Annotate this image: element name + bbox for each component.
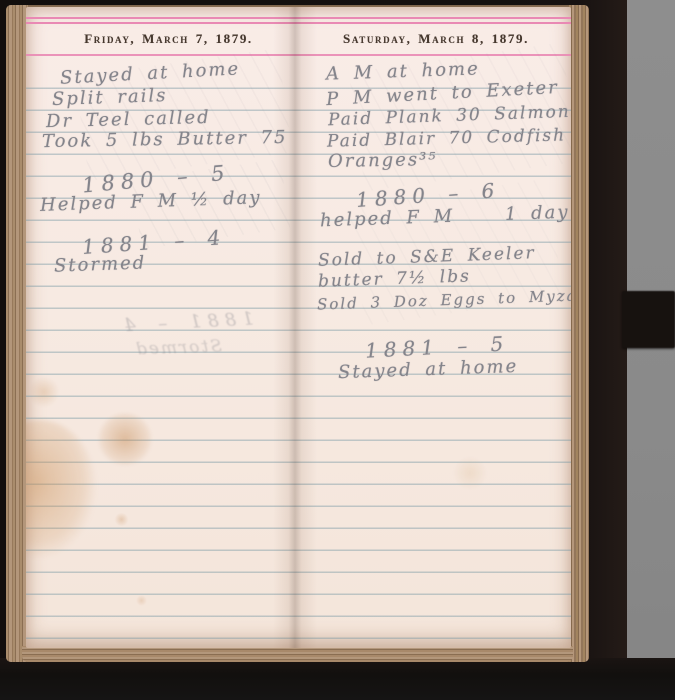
diary-entry-line: Stormed xyxy=(54,252,147,276)
page-edge-left xyxy=(6,5,28,662)
diary-entry-line: Oranges³⁵ xyxy=(328,149,438,172)
page-header-friday: Friday, March 7, 1879. xyxy=(35,31,302,47)
diary-scan: Friday, March 7, 1879. Saturday, March 8… xyxy=(0,0,675,700)
cover-clasp-tab xyxy=(622,291,675,348)
page-edge-bottom xyxy=(22,646,573,662)
open-pages: Friday, March 7, 1879. Saturday, March 8… xyxy=(26,7,571,648)
diary-entry-line: Took 5 lbs Butter 75 xyxy=(42,127,288,152)
book-cover-bottom xyxy=(0,658,675,700)
bleedthrough-text: Stormed xyxy=(134,336,223,359)
diary-entry-line: Split rails xyxy=(52,85,168,110)
page-header-saturday: Saturday, March 8, 1879. xyxy=(297,31,571,47)
page-edge-right xyxy=(569,5,589,662)
